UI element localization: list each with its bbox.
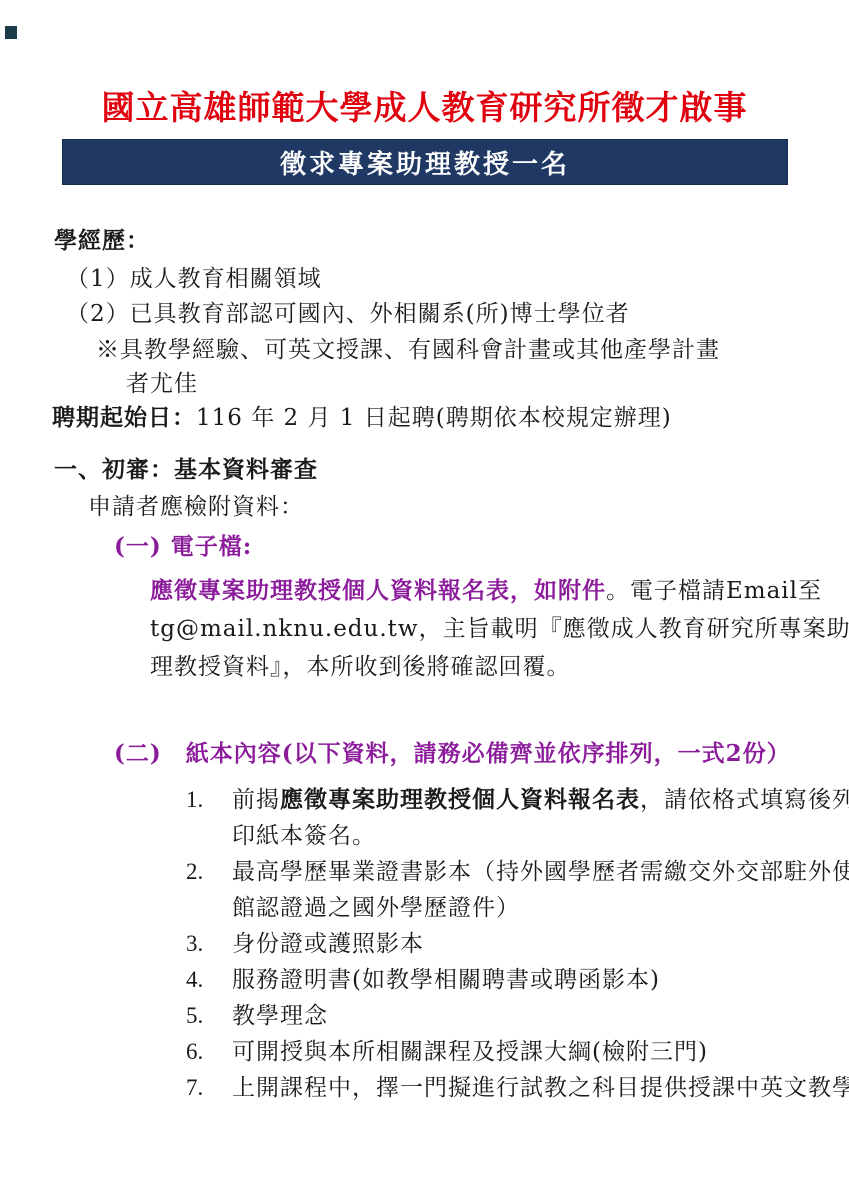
appointment-start-label: 聘期起始日： (52, 404, 196, 431)
document-page: 國立高雄師範大學成人教育研究所徵才啟事 徵求專案助理教授一名 學經歷： （1）成… (0, 0, 849, 1200)
list-item-1: 1. 前揭應徵專案助理教授個人資料報名表，請依格式填寫後列 印紙本簽名。 (186, 782, 849, 854)
list-item-4-text: 服務證明書(如教學相關聘書或聘函影本) (232, 962, 660, 998)
list-item-7-number: 7. (186, 1070, 232, 1106)
list-item-5-number: 5. (186, 998, 232, 1034)
list-item-1-bold-text: 應徵專案助理教授個人資料報名表 (280, 786, 640, 813)
qualification-note-line-2: 者尤佳 (126, 365, 198, 398)
electronic-paragraph-line-2: tg@mail.nknu.edu.tw，主旨載明『應徵成人教育研究所專案助 (150, 610, 849, 648)
list-item-2-line-1: 最高學歷畢業證書影本（持外國學歷者需繳交外交部駐外使 (232, 854, 849, 890)
list-item-1-line-1: 前揭應徵專案助理教授個人資料報名表，請依格式填寫後列 (232, 782, 849, 818)
list-item-7-text: 上開課程中，擇一門擬進行試教之科目提供授課中英文教學 (232, 1070, 849, 1106)
list-item-1-line-2: 印紙本簽名。 (232, 818, 849, 854)
first-review-heading: 一、初審：基本資料審查 (54, 451, 318, 484)
electronic-file-paragraph: 應徵專案助理教授個人資料報名表，如附件。電子檔請Email至 tg@mail.n… (150, 572, 849, 686)
appointment-start-value: 116 年 2 月 1 日起聘(聘期依本校規定辦理) (196, 405, 672, 431)
list-item-4-number: 4. (186, 962, 232, 998)
list-item-5: 5. 教學理念 (186, 998, 849, 1034)
list-item-2-line-2: 館認證過之國外學歷證件） (232, 890, 849, 926)
list-item-1-text: 前揭應徵專案助理教授個人資料報名表，請依格式填寫後列 印紙本簽名。 (232, 782, 849, 854)
qualification-item-1: （1）成人教育相關領域 (66, 260, 322, 293)
list-item-2: 2. 最高學歷畢業證書影本（持外國學歷者需繳交外交部駐外使 館認證過之國外學歷證… (186, 854, 849, 926)
list-item-1-number: 1. (186, 782, 232, 854)
document-title: 國立高雄師範大學成人教育研究所徵才啟事 (0, 82, 849, 129)
list-item-6-number: 6. (186, 1034, 232, 1070)
list-item-3-number: 3. (186, 926, 232, 962)
list-item-1-prefix: 前揭 (232, 787, 280, 813)
paper-content-list: 1. 前揭應徵專案助理教授個人資料報名表，請依格式填寫後列 印紙本簽名。 2. … (186, 782, 849, 1106)
paper-content-heading: (二) 紙本內容(以下資料，請務必備齊並依序排列，一式2份） (114, 735, 791, 768)
list-item-5-text: 教學理念 (232, 998, 328, 1034)
list-item-2-number: 2. (186, 854, 232, 926)
electronic-line-1-rest: 。電子檔請Email至 (606, 578, 822, 604)
electronic-paragraph-line-1: 應徵專案助理教授個人資料報名表，如附件。電子檔請Email至 (150, 572, 849, 610)
list-item-3-text: 身份證或護照影本 (232, 926, 424, 962)
electronic-paragraph-line-3: 理教授資料』，本所收到後將確認回覆。 (150, 648, 849, 686)
appointment-start-line: 聘期起始日：116 年 2 月 1 日起聘(聘期依本校規定辦理) (52, 399, 672, 432)
electronic-highlight-text: 應徵專案助理教授個人資料報名表，如附件 (150, 577, 606, 604)
list-item-7: 7. 上開課程中，擇一門擬進行試教之科目提供授課中英文教學 (186, 1070, 849, 1106)
qualification-item-2: （2）已具教育部認可國內、外相關系(所)博士學位者 (66, 295, 630, 328)
electronic-file-heading: (一) 電子檔: (114, 528, 252, 561)
list-item-6-text: 可開授與本所相關課程及授課大綱(檢附三門) (232, 1034, 708, 1070)
list-item-1-rest: ，請依格式填寫後列 (640, 787, 849, 813)
corner-mark (5, 26, 17, 39)
list-item-2-text: 最高學歷畢業證書影本（持外國學歷者需繳交外交部駐外使 館認證過之國外學歷證件） (232, 854, 849, 926)
position-banner-text: 徵求專案助理教授一名 (280, 144, 570, 181)
list-item-4: 4. 服務證明書(如教學相關聘書或聘函影本) (186, 962, 849, 998)
qualifications-heading: 學經歷： (54, 222, 150, 255)
required-documents-subheading: 申請者應檢附資料： (88, 488, 304, 521)
position-banner: 徵求專案助理教授一名 (62, 139, 788, 185)
list-item-3: 3. 身份證或護照影本 (186, 926, 849, 962)
list-item-6: 6. 可開授與本所相關課程及授課大綱(檢附三門) (186, 1034, 849, 1070)
qualification-note-line-1: ※具教學經驗、可英文授課、有國科會計畫或其他產學計畫 (96, 331, 720, 364)
